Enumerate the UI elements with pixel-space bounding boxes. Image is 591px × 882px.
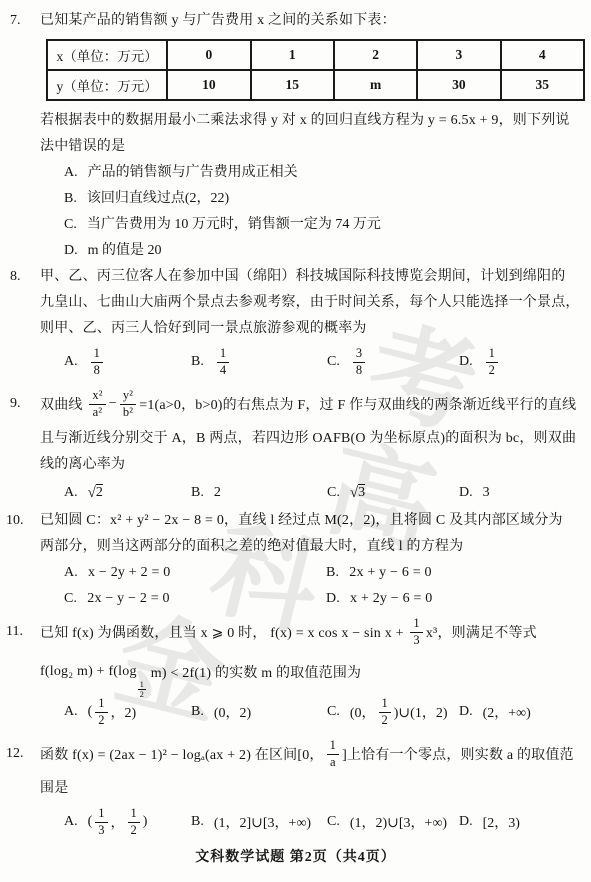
- table-cell: m: [334, 70, 417, 100]
- option-B: B.2: [191, 485, 327, 501]
- option-A: A.x − 2y + 2 = 0: [64, 560, 326, 586]
- options-row: C.2x − y − 2 = 0 D.x + 2y − 6 = 0: [40, 586, 585, 612]
- data-table: x（单位：万元） 0 1 2 3 4 y（单位：万元） 10 15 m 30 3…: [46, 39, 585, 101]
- option-text: m 的值是 20: [88, 243, 162, 258]
- fraction: 14: [217, 347, 229, 377]
- option-label: B.: [191, 354, 204, 370]
- option-label: B.: [64, 191, 77, 206]
- question-7: 7. 已知某产品的销售额 y 与广告费用 x 之间的关系如下表： x（单位：万元…: [0, 8, 591, 264]
- option-C: C.38: [327, 347, 459, 377]
- option-label: D.: [459, 704, 473, 720]
- option-C: C.(1，2)∪[3，+∞): [327, 812, 459, 832]
- fraction-numerator: 1: [379, 697, 391, 713]
- fraction-numerator: 1: [486, 347, 498, 363]
- option-A: A.√2: [64, 485, 191, 502]
- table-row: x（单位：万元） 0 1 2 3 4: [47, 40, 584, 70]
- fraction: 12: [486, 347, 498, 377]
- question-text: 若根据表中的数据用最小二乘法求得 y 对 x 的回归直线方程为 y = 6.5x…: [40, 108, 585, 134]
- table-row: y（单位：万元） 10 15 m 30 35: [47, 70, 584, 100]
- option-text: [2，3): [483, 812, 520, 832]
- question-number: 9.: [10, 391, 21, 417]
- formula-text: 函数 f(x) = (2ax − 1)² − logₐ(ax + 2) 在区间[…: [40, 744, 324, 764]
- fraction-denominator: b²: [123, 405, 133, 420]
- fraction-numerator: 1: [91, 347, 103, 363]
- radicand: 3: [358, 485, 365, 501]
- formula-text: m) < 2f(1) 的实数 m 的取值范围为: [147, 662, 361, 682]
- option-A: A.产品的销售额与广告费用成正相关: [40, 160, 585, 186]
- question-formula-line: f(log₂ m) + f(log12 m) < 2f(1) 的实数 m 的取值…: [40, 652, 585, 692]
- option-D: D.x + 2y − 6 = 0: [326, 586, 433, 612]
- fraction-numerator: 1: [95, 697, 107, 713]
- option-label: C.: [327, 354, 340, 370]
- option-label: D.: [64, 243, 78, 258]
- formula-text: 双曲线: [40, 394, 86, 414]
- option-label: B.: [326, 565, 339, 580]
- question-12: 12. 函数 f(x) = (2ax − 1)² − logₐ(ax + 2) …: [0, 732, 591, 842]
- option-C: C.2x − y − 2 = 0: [64, 586, 326, 612]
- question-8: 8. 甲、乙、丙三位客人在参加中国（绵阳）科技城国际科技博览会期间，计划到绵阳的…: [0, 264, 591, 382]
- question-text: 两部分，则当这两部分的面积之差的绝对值最大时，直线 l 的方程为: [40, 534, 585, 560]
- minus-sign: −: [109, 396, 117, 412]
- option-label: A.: [64, 814, 78, 830]
- fraction-denominator: 2: [382, 713, 388, 728]
- table-cell: 35: [501, 70, 584, 100]
- option-B: B.(1，2]∪[3，+∞): [191, 812, 327, 832]
- option-B: B.该回归直线过点(2，22): [40, 186, 585, 212]
- radical-icon: √: [350, 485, 358, 502]
- fraction-numerator: 1: [128, 807, 140, 823]
- table-row-label: y（单位：万元）: [47, 70, 167, 100]
- fraction-denominator: a: [330, 755, 336, 770]
- question-text: 则甲、乙、丙三人恰好到同一景点旅游参观的概率为: [40, 316, 585, 342]
- options-row: A.x − 2y + 2 = 0 B.2x + y − 6 = 0: [40, 560, 585, 586]
- question-text: 围是: [40, 776, 585, 802]
- options-row: A.18 B.14 C.38 D.12: [40, 342, 585, 382]
- question-number: 12.: [6, 741, 24, 767]
- option-text: ): [143, 814, 148, 830]
- option-text: ，2): [111, 702, 137, 722]
- option-label: C.: [64, 217, 77, 232]
- fraction: y²b²: [120, 389, 136, 419]
- question-number: 7.: [10, 8, 21, 34]
- option-B: B.(0，2): [191, 702, 327, 722]
- option-text: (: [88, 814, 93, 830]
- question-text: 且与渐近线分别交于 A，B 两点，若四边形 OAFB(O 为坐标原点)的面积为 …: [40, 426, 585, 452]
- option-text: ，: [111, 812, 125, 832]
- fraction-numerator: 3: [353, 347, 365, 363]
- question-formula-line: 双曲线 x²a²−y²b²=1(a>0，b>0)的右焦点为 F，过 F 作与双曲…: [40, 382, 585, 426]
- log-base-fraction: 12: [138, 680, 146, 698]
- option-text: (1，2)∪[3，+∞): [350, 812, 447, 832]
- radicand: 2: [96, 485, 103, 501]
- question-text: 甲、乙、丙三位客人在参加中国（绵阳）科技城国际科技博览会期间，计划到绵阳的: [40, 264, 585, 290]
- option-label: B.: [191, 485, 204, 501]
- fraction: 38: [353, 347, 365, 377]
- table-cell: 2: [334, 40, 417, 70]
- fraction-denominator: 8: [94, 363, 100, 378]
- option-B: B.2x + y − 6 = 0: [326, 560, 432, 586]
- fraction-numerator: 1: [410, 617, 422, 633]
- option-label: D.: [459, 485, 473, 501]
- fraction-numerator: y²: [120, 389, 136, 405]
- page-footer: 文科数学试题 第2页（共4页）: [0, 846, 591, 866]
- option-label: C.: [327, 704, 340, 720]
- question-9: 9. 双曲线 x²a²−y²b²=1(a>0，b>0)的右焦点为 F，过 F 作…: [0, 382, 591, 508]
- option-label: C.: [64, 591, 77, 606]
- fraction-denominator: 2: [131, 823, 137, 838]
- option-D: D.m 的值是 20: [40, 238, 585, 264]
- formula-text: ]上恰有一个零点，则实数 a 的取值范: [342, 744, 574, 764]
- fraction-denominator: a²: [93, 405, 103, 420]
- question-text: 法中错误的是: [40, 134, 585, 160]
- option-A: A.(12，2): [64, 697, 191, 727]
- option-C: C.当广告费用为 10 万元时，销售额一定为 74 万元: [40, 212, 585, 238]
- fraction-numerator: 1: [327, 739, 339, 755]
- fraction: 12: [95, 697, 107, 727]
- table-cell: 15: [251, 70, 334, 100]
- fraction: 1a: [327, 739, 339, 769]
- radical-icon: √: [88, 485, 96, 502]
- fraction: 12: [128, 807, 140, 837]
- fraction-denominator: 2: [140, 690, 144, 699]
- exam-page: 考 高 科 金 7. 已知某产品的销售额 y 与广告费用 x 之间的关系如下表：…: [0, 0, 591, 882]
- table-row-label: x（单位：万元）: [47, 40, 167, 70]
- formula-text: x³，则满足不等式: [426, 622, 537, 642]
- question-text: 已知圆 C：x² + y² − 2x − 8 = 0，直线 l 经过点 M(2，…: [40, 508, 585, 534]
- fraction: x²a²: [89, 389, 105, 419]
- option-text: (2，+∞): [483, 702, 531, 722]
- fraction-denominator: 3: [98, 823, 104, 838]
- question-text: 线的离心率为: [40, 452, 585, 478]
- fraction-denominator: 2: [489, 363, 495, 378]
- option-label: A.: [64, 485, 78, 501]
- question-formula-line: 已知 f(x) 为偶函数，且当 x ⩾ 0 时， f(x) = x cos x …: [40, 612, 585, 652]
- option-D: D.(2，+∞): [459, 702, 585, 722]
- option-label: D.: [459, 814, 473, 830]
- question-10: 10. 已知圆 C：x² + y² − 2x − 8 = 0，直线 l 经过点 …: [0, 508, 591, 612]
- fraction-denominator: 2: [98, 713, 104, 728]
- question-number: 11.: [6, 619, 23, 645]
- table-cell: 4: [501, 40, 584, 70]
- formula-text: f(log₂ m) + f(log: [40, 664, 137, 680]
- option-A: A.(13，12): [64, 807, 191, 837]
- question-text: 已知某产品的销售额 y 与广告费用 x 之间的关系如下表：: [40, 8, 585, 34]
- option-D: D.[2，3): [459, 812, 585, 832]
- option-text: (0，: [350, 702, 376, 722]
- question-11: 11. 已知 f(x) 为偶函数，且当 x ⩾ 0 时， f(x) = x co…: [0, 612, 591, 732]
- fraction: 18: [91, 347, 103, 377]
- fraction-numerator: x²: [89, 389, 105, 405]
- options-row: A.√2 B.2 C.√3 D.3: [40, 478, 585, 508]
- question-formula-line: 函数 f(x) = (2ax − 1)² − logₐ(ax + 2) 在区间[…: [40, 732, 585, 776]
- option-label: B.: [191, 814, 204, 830]
- option-text: (: [88, 704, 93, 720]
- fraction: 13: [95, 807, 107, 837]
- option-text: 当广告费用为 10 万元时，销售额一定为 74 万元: [87, 217, 381, 232]
- option-text: (0，2): [214, 702, 251, 722]
- options-row: A.(12，2) B.(0，2) C.(0，12)∪(1，2) D.(2，+∞): [40, 692, 585, 732]
- option-text: 2: [214, 485, 221, 501]
- fraction-denominator: 4: [220, 363, 226, 378]
- option-text: (1，2]∪[3，+∞): [214, 812, 311, 832]
- option-label: C.: [327, 485, 340, 501]
- table-cell: 10: [167, 70, 250, 100]
- option-label: B.: [191, 704, 204, 720]
- option-text: x − 2y + 2 = 0: [88, 565, 171, 580]
- table-cell: 30: [417, 70, 500, 100]
- options-row: A.(13，12) B.(1，2]∪[3，+∞) C.(1，2)∪[3，+∞) …: [40, 802, 585, 842]
- option-C: C.(0，12)∪(1，2): [327, 697, 459, 727]
- fraction: 13: [410, 617, 422, 647]
- fraction: 12: [379, 697, 391, 727]
- option-C: C.√3: [327, 485, 459, 502]
- table-cell: 1: [251, 40, 334, 70]
- question-number: 8.: [10, 264, 21, 290]
- option-text: 该回归直线过点(2，22): [87, 191, 229, 206]
- option-label: D.: [326, 591, 340, 606]
- option-label: A.: [64, 354, 78, 370]
- option-text: )∪(1，2): [394, 702, 448, 722]
- fraction-denominator: 8: [356, 363, 362, 378]
- fraction-denominator: 3: [413, 633, 419, 648]
- option-label: A.: [64, 704, 78, 720]
- option-label: D.: [459, 354, 473, 370]
- table-cell: 0: [167, 40, 250, 70]
- option-text: 3: [483, 485, 490, 501]
- option-label: A.: [64, 165, 78, 180]
- option-text: 2x − y − 2 = 0: [87, 591, 170, 606]
- option-label: A.: [64, 565, 78, 580]
- question-number: 10.: [6, 508, 24, 534]
- option-D: D.12: [459, 347, 585, 377]
- option-D: D.3: [459, 485, 585, 501]
- formula-text: 已知 f(x) 为偶函数，且当 x ⩾ 0 时， f(x) = x cos x …: [40, 622, 407, 642]
- option-text: 2x + y − 6 = 0: [349, 565, 432, 580]
- fraction-numerator: 1: [95, 807, 107, 823]
- formula-text: =1(a>0，b>0)的右焦点为 F，过 F 作与双曲线的两条渐近线平行的直线: [139, 394, 576, 414]
- option-B: B.14: [191, 347, 327, 377]
- option-label: C.: [327, 814, 340, 830]
- table-cell: 3: [417, 40, 500, 70]
- option-text: x + 2y − 6 = 0: [350, 591, 433, 606]
- fraction-numerator: 1: [217, 347, 229, 363]
- option-A: A.18: [64, 347, 191, 377]
- option-text: 产品的销售额与广告费用成正相关: [88, 165, 298, 180]
- question-text: 九皇山、七曲山大庙两个景点去参观考察，由于时间关系，每个人只能选择一个景点，: [40, 290, 585, 316]
